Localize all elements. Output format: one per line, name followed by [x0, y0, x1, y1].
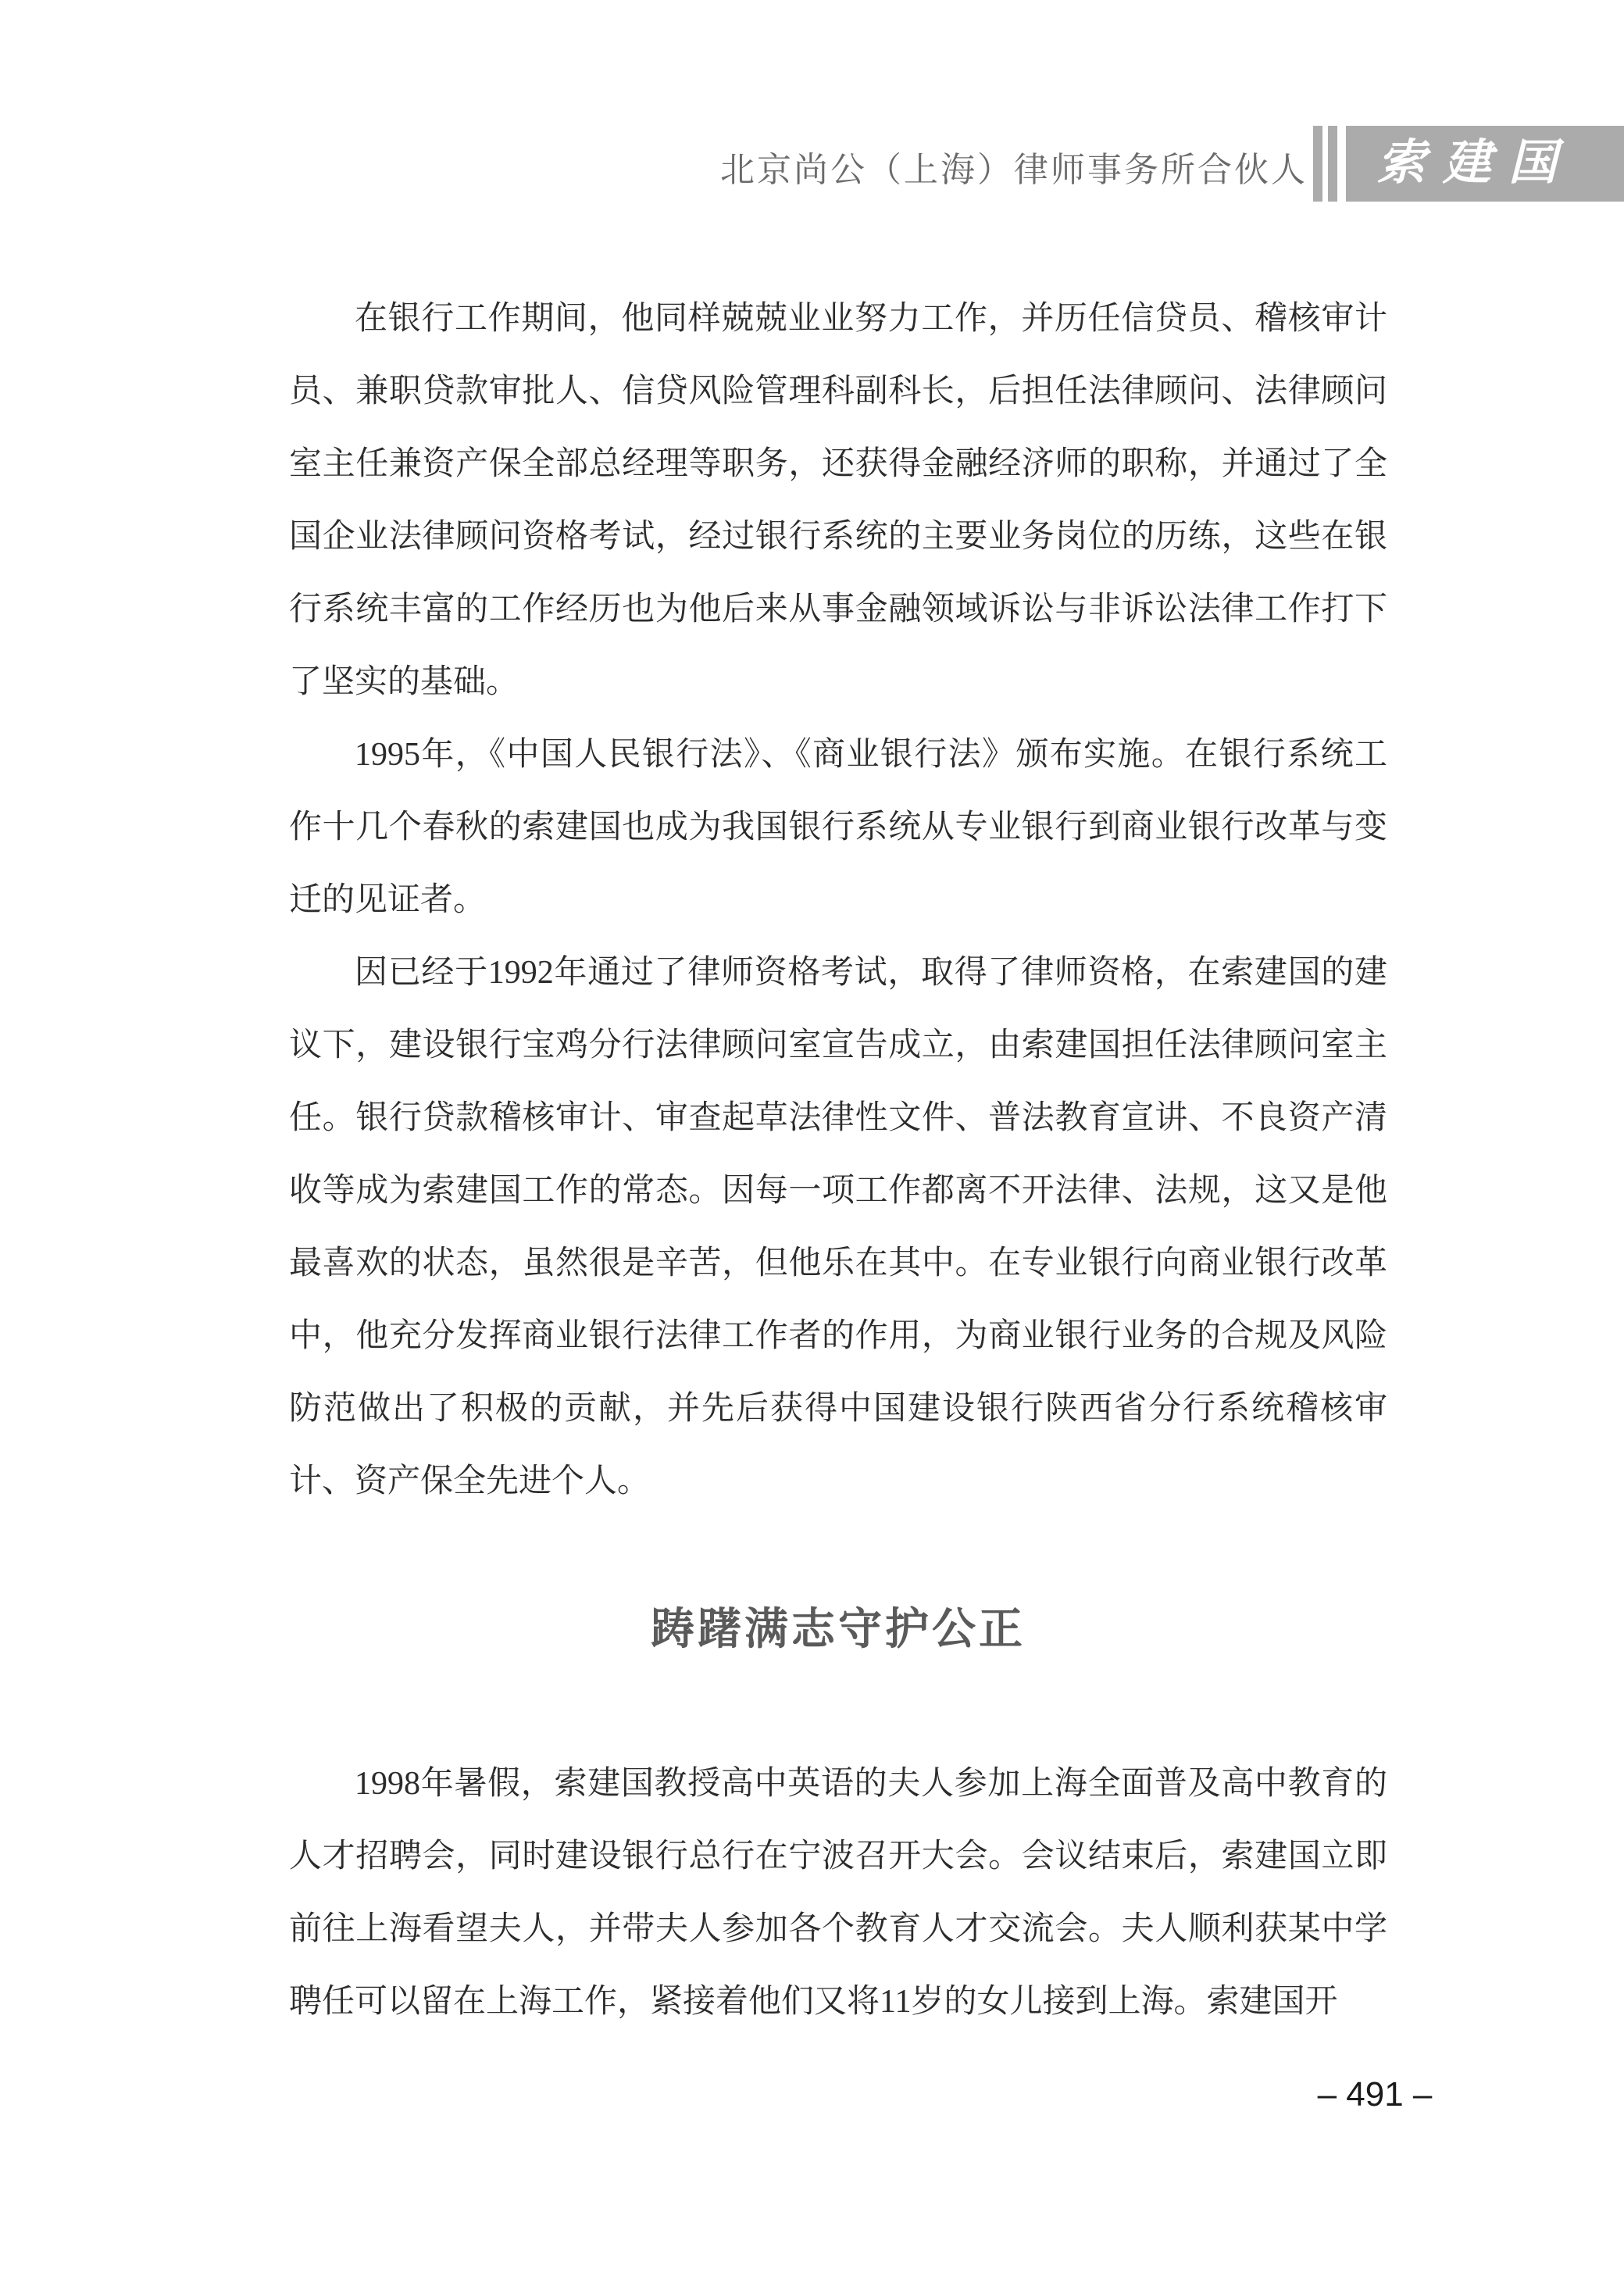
header-accent-bar	[1313, 126, 1322, 202]
paragraph: 因已经于1992年通过了律师资格考试，取得了律师资格，在索建国的建议下，建设银行…	[289, 937, 1387, 1518]
header-accent-bar	[1328, 126, 1337, 202]
author-name-calligraphy: 索建国	[1346, 126, 1624, 199]
main-text-column: 在银行工作期间，他同样兢兢业业努力工作，并历任信贷员、稽核审计员、兼职贷款审批人…	[289, 283, 1387, 2039]
paragraph: 1995年，《中国人民银行法》、《商业银行法》颁布实施。在银行系统工作十几个春秋…	[289, 719, 1387, 937]
running-header-title: 北京尚公（上海）律师事务所合伙人	[720, 147, 1308, 194]
paragraph: 1998年暑假，索建国教授高中英语的夫人参加上海全面普及高中教育的人才招聘会，同…	[289, 1748, 1387, 2039]
paragraph: 在银行工作期间，他同样兢兢业业努力工作，并历任信贷员、稽核审计员、兼职贷款审批人…	[289, 283, 1387, 719]
section-heading: 踌躇满志守护公正	[289, 1603, 1387, 1656]
author-name-plate: 索建国	[1346, 126, 1624, 202]
page-number: – 491 –	[1314, 2075, 1436, 2114]
book-page: 北京尚公（上海）律师事务所合伙人 索建国 在银行工作期间，他同样兢兢业业努力工作…	[0, 0, 1624, 2269]
